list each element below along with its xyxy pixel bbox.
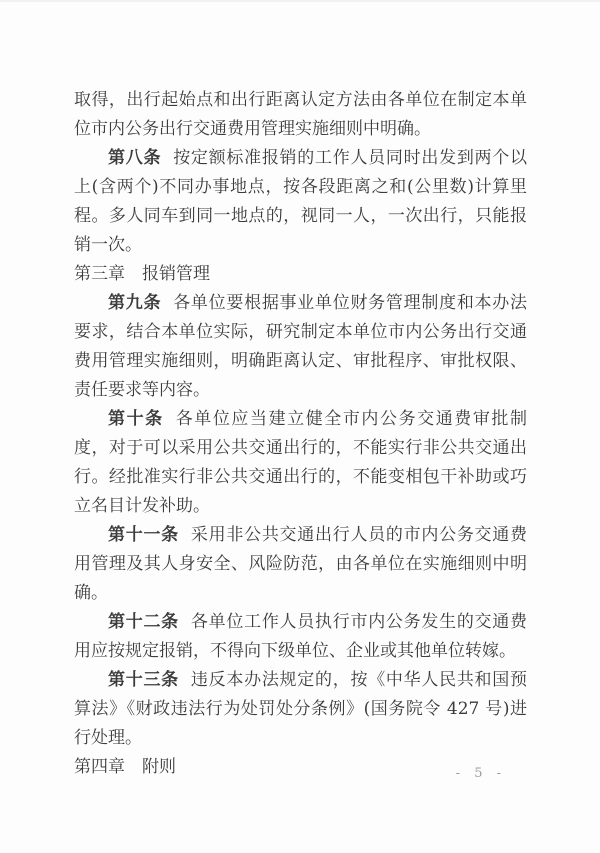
article-number: 第十条 <box>108 409 164 429</box>
article-number: 第八条 <box>108 148 161 168</box>
scan-edge <box>0 0 600 2</box>
document-page: 取得，出行起始点和出行距离认定方法由各单位在制定本单位市内公务出行交通费用管理实… <box>0 0 600 853</box>
page-number: - 5 - <box>456 766 506 781</box>
paragraph-article-13: 第十三条违反本办法规定的，按《中华人民共和国预算法》《财政违法行为处罚处分条例》… <box>74 666 527 753</box>
paragraph-article-8: 第八条按定额标准报销的工作人员同时出发到两个以上(含两个)不同办事地点，按各段距… <box>74 144 527 260</box>
paragraph-article-9: 第九条各单位要根据事业单位财务管理制度和本办法要求，结合本单位实际，研究制定本单… <box>74 289 527 405</box>
paragraph-article-11: 第十一条采用非公共交通出行人员的市内公务交通费用管理及其人身安全、风险防范，由各… <box>74 521 527 608</box>
paragraph-article-10: 第十条各单位应当建立健全市内公务交通费审批制度，对于可以采用公共交通出行的，不能… <box>74 405 527 521</box>
article-number: 第九条 <box>108 293 161 313</box>
paragraph-continuation: 取得，出行起始点和出行距离认定方法由各单位在制定本单位市内公务出行交通费用管理实… <box>74 86 527 144</box>
paragraph-article-12: 第十二条各单位工作人员执行市内公务发生的交通费用应按规定报销，不得向下级单位、企… <box>74 608 527 666</box>
paragraph-text: 取得，出行起始点和出行距离认定方法由各单位在制定本单位市内公务出行交通费用管理实… <box>74 90 527 139</box>
chapter-heading-3: 第三章 报销管理 <box>74 260 527 289</box>
article-number: 第十三条 <box>108 670 179 690</box>
article-number: 第十二条 <box>108 612 179 632</box>
document-content: 取得，出行起始点和出行距离认定方法由各单位在制定本单位市内公务出行交通费用管理实… <box>0 0 600 782</box>
article-number: 第十一条 <box>108 525 179 545</box>
